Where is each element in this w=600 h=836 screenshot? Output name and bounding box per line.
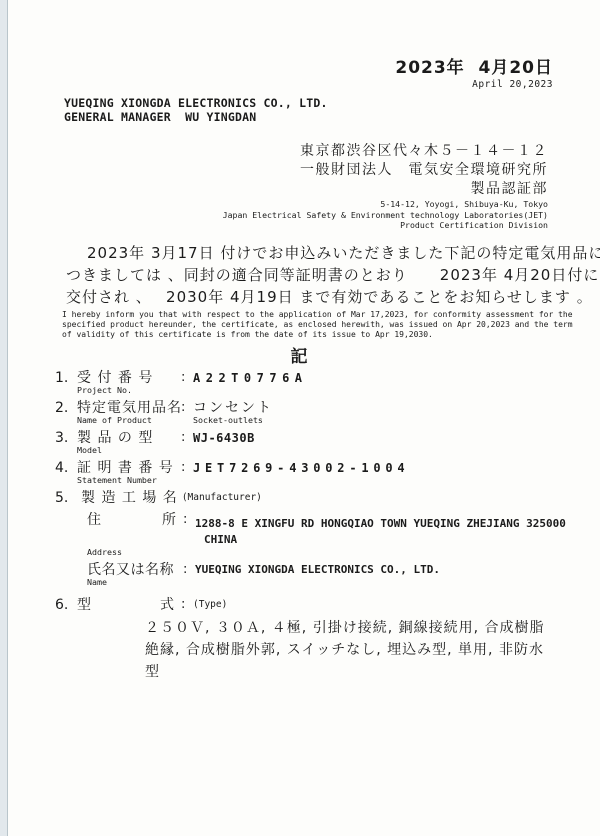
item-number: 1. xyxy=(55,370,77,386)
colon: : xyxy=(183,562,195,578)
item-row: 1. 受 付 番 号 : A22T0776A xyxy=(55,370,586,386)
issuer-block: 東京都渋谷区代々木５－１４－１２ 一般財団法人 電気安全環境研究所 製品認証部 … xyxy=(0,142,600,231)
type-label-en: (Type) xyxy=(193,597,586,613)
colon: : xyxy=(183,512,195,528)
issue-date-block: 2023年 4月20日 April 20,2023 xyxy=(0,57,600,91)
product-name-value: コンセント xyxy=(193,400,586,416)
item-project-no: 1. 受 付 番 号 : A22T0776A Project No. xyxy=(55,370,586,395)
model-value: WJ-6430B xyxy=(193,430,586,446)
manufacturer-details: 住 所 : 1288-8 E XINGFU RD HONGQIAO TOWN Y… xyxy=(77,512,586,587)
item-label-en: Model xyxy=(77,446,181,455)
item-label-jp: 製 品 の 型 xyxy=(77,430,181,446)
issuer-org-jp: 一般財団法人 電気安全環境研究所 xyxy=(0,161,548,180)
issuer-address-jp: 東京都渋谷区代々木５－１４－１２ xyxy=(0,142,548,161)
item-statement-number: 4. 証 明 書 番 号 : JET7269-43002-1004 Statem… xyxy=(55,460,586,485)
type-label-jp-right: 式 xyxy=(160,597,175,613)
item-product-name: 2. 特定電気用品名 : コンセント Name of Product Socke… xyxy=(55,400,586,425)
item-row: 5. 製 造 工 場 名 (Manufacturer) xyxy=(55,490,586,506)
product-name-en: Socket-outlets xyxy=(193,416,586,425)
item-number: 5. xyxy=(55,490,77,506)
issue-date-en: April 20,2023 xyxy=(0,79,553,91)
item-row: 2. 特定電気用品名 : コンセント xyxy=(55,400,586,416)
issuer-address-en: 5-14-12, Yoyogi, Shibuya-Ku, Tokyo xyxy=(0,200,548,210)
name-label-en: Name xyxy=(87,578,183,587)
colon: : xyxy=(181,460,193,476)
manufacturer-name-value: YUEQING XIONGDA ELECTRONICS CO., LTD. xyxy=(195,562,586,578)
address-label-en: Address xyxy=(87,548,183,557)
issuer-org-en: Japan Electrical Safety & Environment te… xyxy=(0,211,548,221)
item-list: 1. 受 付 番 号 : A22T0776A Project No. 2. 特定… xyxy=(55,370,586,683)
item-subrow: Project No. xyxy=(55,386,586,395)
item-row: 6. 型 式 : (Type) xyxy=(55,597,586,613)
item-number: 3. xyxy=(55,430,77,446)
item-label-en: Statement Number xyxy=(77,476,181,485)
certificate-letter-page: 2023年 4月20日 April 20,2023 YUEQING XIONGD… xyxy=(0,0,600,683)
item-manufacturer: 5. 製 造 工 場 名 (Manufacturer) 住 所 : 1288-8… xyxy=(55,490,586,587)
colon: : xyxy=(181,370,193,386)
type-label-jp: 型 式 xyxy=(77,597,181,613)
notice-en-line1: I hereby inform you that with respect to… xyxy=(62,310,590,320)
manufacturer-name-row: 氏名又は名称 : YUEQING XIONGDA ELECTRONICS CO.… xyxy=(87,562,586,578)
item-model: 3. 製 品 の 型 : WJ-6430B Model xyxy=(55,430,586,455)
manufacturer-address-row: 住 所 : 1288-8 E XINGFU RD HONGQIAO TOWN Y… xyxy=(87,512,586,548)
address-line2: CHINA xyxy=(204,532,586,548)
item-number: 6. xyxy=(55,597,77,613)
addressee-company: YUEQING XIONGDA ELECTRONICS CO., LTD. xyxy=(64,96,600,110)
manufacturer-label-en: (Manufacturer) xyxy=(182,490,262,506)
notice-jp-line3: 交付され 、 2030年 4月19日 まで有効であることをお知らせします 。 xyxy=(66,286,572,308)
notice-paragraph-en: I hereby inform you that with respect to… xyxy=(62,310,590,340)
issuer-division-en: Product Certification Division xyxy=(0,221,548,231)
item-number: 4. xyxy=(55,460,77,476)
item-type: 6. 型 式 : (Type) ２５０Ｖ, ３０Ａ, ４極, 引掛け接続, 銅線… xyxy=(55,597,586,683)
issue-date-jp: 2023年 4月20日 xyxy=(0,57,553,79)
notice-en-line3: of validity of this certificate is from … xyxy=(62,330,590,340)
notice-jp-line2: つきましては 、同封の適合同等証明書のとおり 2023年 4月20日付にて xyxy=(66,264,572,286)
item-label-en: Name of Product xyxy=(77,416,181,425)
colon: : xyxy=(181,400,193,416)
project-no-value: A22T0776A xyxy=(193,370,586,386)
item-label-jp: 製 造 工 場 名 xyxy=(81,490,178,506)
notice-en-line2: specified product hereunder, the certifi… xyxy=(62,320,590,330)
ki-heading: 記 xyxy=(0,347,600,367)
type-description: ２５０Ｖ, ３０Ａ, ４極, 引掛け接続, 銅線接続用, 合成樹脂絶縁, 合成樹… xyxy=(145,617,546,683)
item-label-jp: 受 付 番 号 xyxy=(77,370,181,386)
name-subrow: Name xyxy=(87,578,586,587)
colon: : xyxy=(181,430,193,446)
notice-jp-line1: 2023年 3月17日 付けでお申込みいただきました下記の特定電気用品に xyxy=(66,242,572,264)
address-line1: 1288-8 E XINGFU RD HONGQIAO TOWN YUEQING… xyxy=(195,517,566,530)
item-label-en: Project No. xyxy=(77,386,181,395)
type-label-jp-left: 型 xyxy=(77,597,92,613)
colon: : xyxy=(181,597,193,613)
issuer-division-jp: 製品認証部 xyxy=(0,180,548,199)
statement-number-value: JET7269-43002-1004 xyxy=(193,460,586,476)
item-label-jp: 特定電気用品名 xyxy=(77,400,181,416)
item-row: 3. 製 品 の 型 : WJ-6430B xyxy=(55,430,586,446)
addressee-manager: GENERAL MANAGER WU YINGDAN xyxy=(64,110,600,124)
address-value: 1288-8 E XINGFU RD HONGQIAO TOWN YUEQING… xyxy=(195,512,586,548)
item-label-jp: 証 明 書 番 号 xyxy=(77,460,181,476)
item-subrow: Statement Number xyxy=(55,476,586,485)
item-subrow: Model xyxy=(55,446,586,455)
name-label-jp: 氏名又は名称 xyxy=(87,562,183,578)
addressee-block: YUEQING XIONGDA ELECTRONICS CO., LTD. GE… xyxy=(64,96,600,124)
address-label-jp: 住 所 xyxy=(87,512,183,528)
address-subrow: Address xyxy=(87,548,586,557)
address-label-jp-left: 住 xyxy=(87,512,102,528)
address-label-jp-right: 所 xyxy=(162,512,177,528)
notice-paragraph-jp: 2023年 3月17日 付けでお申込みいただきました下記の特定電気用品に つきま… xyxy=(66,242,572,308)
item-number: 2. xyxy=(55,400,77,416)
item-subrow: Name of Product Socket-outlets xyxy=(55,416,586,425)
item-row: 4. 証 明 書 番 号 : JET7269-43002-1004 xyxy=(55,460,586,476)
